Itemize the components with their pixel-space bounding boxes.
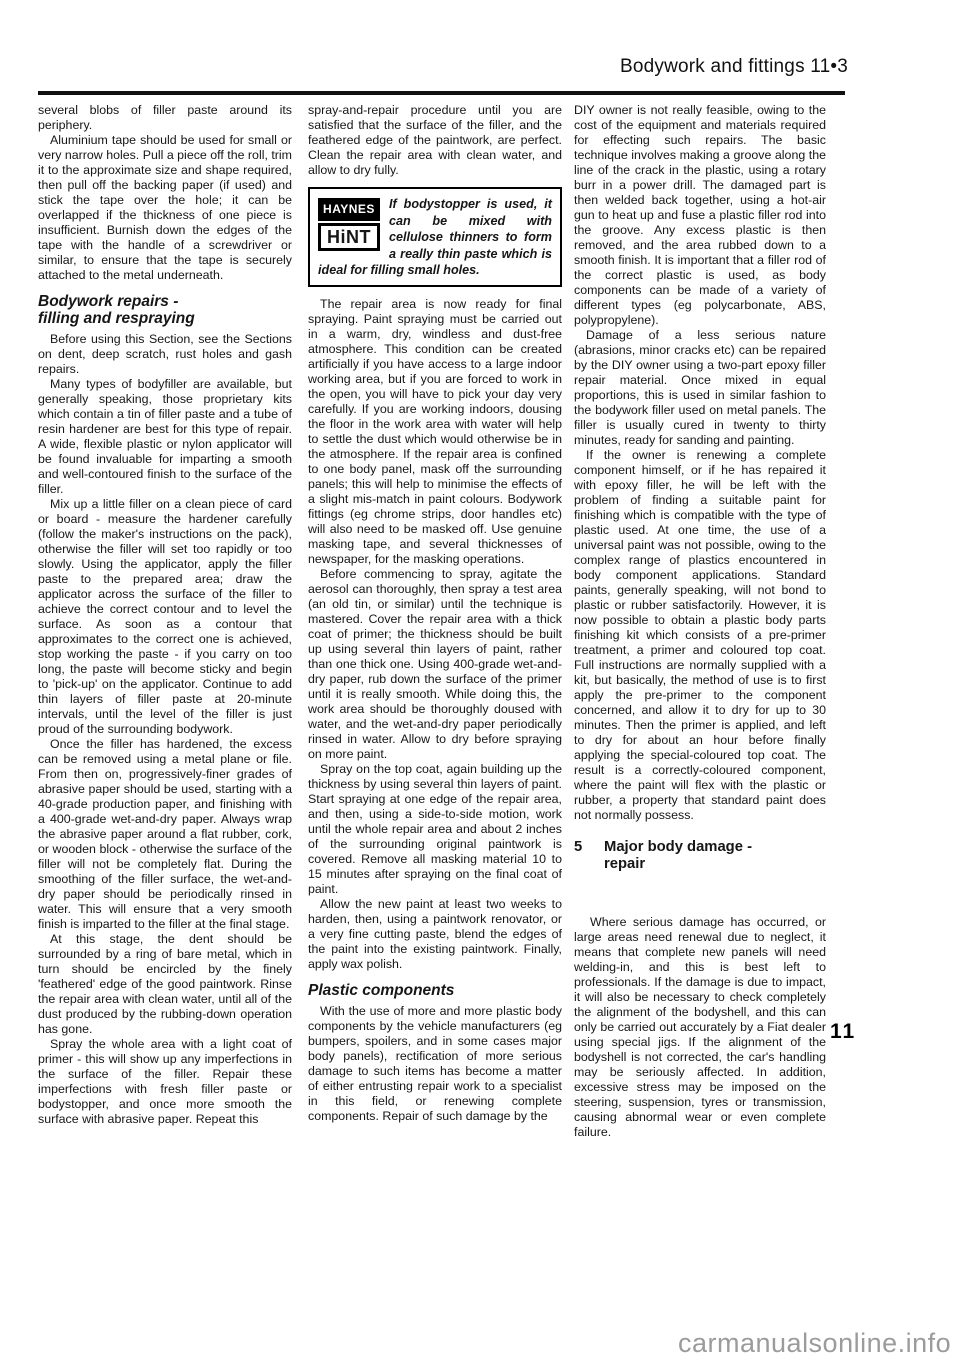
section-title: Major body damage - repair xyxy=(604,839,752,873)
section-heading-major-body-damage: 5 Major body damage - repair xyxy=(574,839,826,873)
paragraph: spray-and-repair procedure until you are… xyxy=(308,103,562,178)
paragraph: Allow the new paint at least two weeks t… xyxy=(308,897,562,972)
watermark-text: carmanualsonline.info xyxy=(678,1328,951,1359)
paragraph: Before using this Section, see the Secti… xyxy=(38,332,292,377)
section-number: 5 xyxy=(574,839,604,873)
paragraph: With the use of more and more plastic bo… xyxy=(308,1004,562,1124)
text-column-1: several blobs of filler paste around its… xyxy=(38,103,292,1127)
subheading-line: Bodywork repairs - xyxy=(38,293,292,310)
haynes-hint-logo: HAYNES HiNT xyxy=(318,198,380,251)
page-header-title: Bodywork and fittings 11•3 xyxy=(620,56,848,78)
text-column-2: spray-and-repair procedure until you are… xyxy=(308,103,562,1124)
paragraph: The repair area is now ready for final s… xyxy=(308,297,562,567)
section-title-line: repair xyxy=(604,856,752,873)
haynes-hint-box: HAYNES HiNT If bodystopper is used, it c… xyxy=(308,187,562,287)
subheading-line: filling and respraying xyxy=(38,310,292,327)
subheading-bodywork-repairs: Bodywork repairs - filling and resprayin… xyxy=(38,293,292,327)
subheading-plastic-components: Plastic components xyxy=(308,982,562,999)
paragraph: several blobs of filler paste around its… xyxy=(38,103,292,133)
text-column-3: DIY owner is not really feasible, owing … xyxy=(574,103,826,1140)
paragraph: Spray on the top coat, again building up… xyxy=(308,762,562,897)
paragraph: Many types of bodyfiller are available, … xyxy=(38,377,292,497)
header-rule xyxy=(38,91,845,95)
haynes-logo-bottom: HiNT xyxy=(318,223,380,251)
paragraph: If the owner is renewing a complete comp… xyxy=(574,448,826,823)
section-title-line: Major body damage - xyxy=(604,839,752,856)
paragraph: DIY owner is not really feasible, owing … xyxy=(574,103,826,328)
chapter-tab-number: 11 xyxy=(830,1020,856,1044)
paragraph: At this stage, the dent should be surrou… xyxy=(38,932,292,1037)
haynes-logo-top: HAYNES xyxy=(318,198,380,221)
paragraph: Mix up a little filler on a clean piece … xyxy=(38,497,292,737)
paragraph: Before commencing to spray, agitate the … xyxy=(308,567,562,762)
paragraph: Aluminium tape should be used for small … xyxy=(38,133,292,283)
paragraph: Once the filler has hardened, the excess… xyxy=(38,737,292,932)
paragraph: Spray the whole area with a light coat o… xyxy=(38,1037,292,1127)
paragraph: Damage of a less serious nature (abrasio… xyxy=(574,328,826,448)
paragraph: Where serious damage has occurred, or la… xyxy=(574,915,826,1140)
manual-page: Bodywork and fittings 11•3 several blobs… xyxy=(0,0,960,1362)
